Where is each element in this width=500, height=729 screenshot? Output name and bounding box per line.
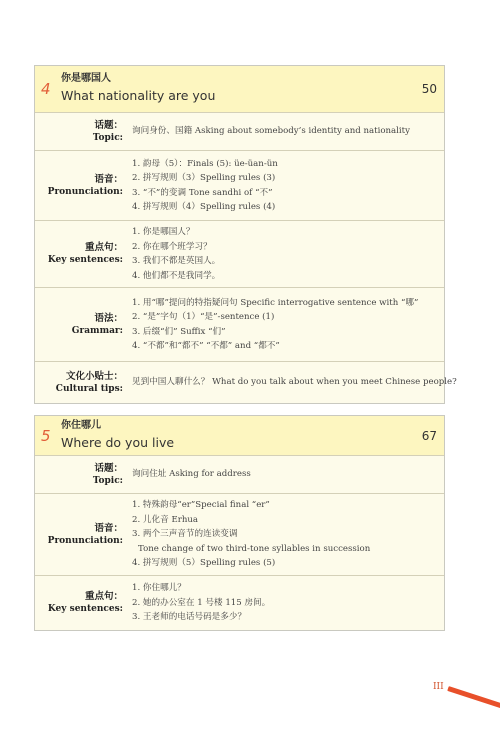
lesson-page-number[interactable]: 50 — [422, 82, 437, 96]
label-en: Key sentences: — [35, 254, 123, 267]
row-label: 话题： Topic: — [35, 462, 123, 488]
content-line: 1. 你是哪国人？ — [132, 225, 220, 240]
label-zh: 语音： — [35, 173, 123, 186]
label-zh: 语音： — [35, 522, 123, 535]
row-cultural-tips: 文化小贴士： Cultural tips: 见到中国人聊什么？ What do … — [35, 362, 444, 403]
label-zh: 文化小贴士： — [35, 370, 123, 383]
content-line: 3. 王老师的电话号码是多少？ — [132, 610, 270, 625]
content-line: 3. 后缀“们” Suffix “们” — [132, 325, 418, 340]
row-label: 文化小贴士： Cultural tips: — [35, 370, 123, 396]
row-content: 1. 用“哪”提问的特指疑问句 Specific interrogative s… — [123, 296, 418, 354]
label-en: Cultural tips: — [35, 383, 123, 396]
label-en: Topic: — [35, 475, 123, 488]
row-label: 语法： Grammar: — [35, 312, 123, 338]
content-line: 1. 用“哪”提问的特指疑问句 Specific interrogative s… — [132, 296, 418, 311]
content-line: 4. 拼写规则（4）Spelling rules (4) — [132, 200, 278, 215]
content-line: 2. 你在哪个班学习？ — [132, 240, 220, 255]
label-zh: 语法： — [35, 312, 123, 325]
row-content: 见到中国人聊什么？ What do you talk about when yo… — [123, 375, 457, 390]
content-line: 询问身份、国籍 Asking about somebody’s identity… — [132, 124, 410, 139]
content-line: 1. 你住哪儿？ — [132, 581, 270, 596]
lesson-header[interactable]: 5 你住哪儿 Where do you live 67 — [35, 416, 444, 456]
row-content: 1. 你是哪国人？ 2. 你在哪个班学习？ 3. 我们不都是英国人。 4. 他们… — [123, 225, 220, 283]
label-zh: 话题： — [35, 462, 123, 475]
row-label: 重点句： Key sentences: — [35, 241, 123, 267]
row-topic: 话题： Topic: 询问住址 Asking for address — [35, 456, 444, 494]
lesson-title-zh: 你住哪儿 — [61, 418, 174, 434]
row-content: 1. 特殊韵母“er”Special final “er” 2. 儿化音 Erh… — [123, 498, 370, 571]
content-line: 见到中国人聊什么？ What do you talk about when yo… — [132, 375, 457, 390]
label-zh: 重点句： — [35, 590, 123, 603]
row-pronunciation: 语音： Pronunciation: 1. 韵母（5）：Finals (5): … — [35, 151, 444, 221]
lesson-page-number[interactable]: 67 — [422, 429, 437, 443]
content-line: 2. “是”字句（1）“是”-sentence (1) — [132, 310, 418, 325]
lesson-4-card: 4 你是哪国人 What nationality are you 50 话题： … — [34, 65, 445, 404]
row-label: 话题： Topic: — [35, 119, 123, 145]
lesson-header[interactable]: 4 你是哪国人 What nationality are you 50 — [35, 66, 444, 113]
content-line: 4. 他们都不是我同学。 — [132, 269, 220, 284]
content-line: 4. 拼写规则（5）Spelling rules (5) — [132, 556, 370, 571]
lesson-number: 5 — [41, 427, 51, 445]
row-content: 1. 你住哪儿？ 2. 她的办公室在 1 号楼 115 房间。 3. 王老师的电… — [123, 581, 270, 625]
row-label: 语音： Pronunciation: — [35, 173, 123, 199]
row-key-sentences: 重点句： Key sentences: 1. 你是哪国人？ 2. 你在哪个班学习… — [35, 221, 444, 288]
content-line: Tone change of two third-tone syllables … — [132, 542, 370, 557]
row-content: 询问身份、国籍 Asking about somebody’s identity… — [123, 124, 410, 139]
row-label: 语音： Pronunciation: — [35, 522, 123, 548]
content-line: 3. 我们不都是英国人。 — [132, 254, 220, 269]
row-key-sentences: 重点句： Key sentences: 1. 你住哪儿？ 2. 她的办公室在 1… — [35, 576, 444, 630]
page-number-roman: III — [433, 682, 444, 692]
content-line: 3. “不”的变调 Tone sandhi of “不” — [132, 186, 278, 201]
content-line: 3. 两个三声音节的连读变调 — [132, 527, 370, 542]
label-en: Pronunciation: — [35, 535, 123, 548]
row-topic: 话题： Topic: 询问身份、国籍 Asking about somebody… — [35, 113, 444, 151]
row-content: 1. 韵母（5）：Finals (5): üe-üan-ün 2. 拼写规则（3… — [123, 157, 278, 215]
label-en: Topic: — [35, 132, 123, 145]
content-line: 4. “不都”和“都不” “不都” and “都不” — [132, 339, 418, 354]
lesson-title-en: Where do you live — [61, 434, 174, 452]
row-content: 询问住址 Asking for address — [123, 467, 251, 482]
lesson-number: 4 — [41, 80, 51, 98]
decorative-swoosh — [447, 686, 500, 712]
content-line: 2. 儿化音 Erhua — [132, 513, 370, 528]
content-line: 询问住址 Asking for address — [132, 467, 251, 482]
row-grammar: 语法： Grammar: 1. 用“哪”提问的特指疑问句 Specific in… — [35, 288, 444, 362]
row-pronunciation: 语音： Pronunciation: 1. 特殊韵母“er”Special fi… — [35, 494, 444, 576]
lesson-5-card: 5 你住哪儿 Where do you live 67 话题： Topic: 询… — [34, 415, 445, 631]
content-line: 2. 她的办公室在 1 号楼 115 房间。 — [132, 596, 270, 611]
label-en: Grammar: — [35, 325, 123, 338]
label-en: Key sentences: — [35, 603, 123, 616]
label-zh: 话题： — [35, 119, 123, 132]
row-label: 重点句： Key sentences: — [35, 590, 123, 616]
content-line: 1. 特殊韵母“er”Special final “er” — [132, 498, 370, 513]
content-line: 2. 拼写规则（3）Spelling rules (3) — [132, 171, 278, 186]
lesson-title-en: What nationality are you — [61, 87, 215, 105]
label-zh: 重点句： — [35, 241, 123, 254]
label-en: Pronunciation: — [35, 186, 123, 199]
content-line: 1. 韵母（5）：Finals (5): üe-üan-ün — [132, 157, 278, 172]
lesson-title-zh: 你是哪国人 — [61, 71, 215, 87]
